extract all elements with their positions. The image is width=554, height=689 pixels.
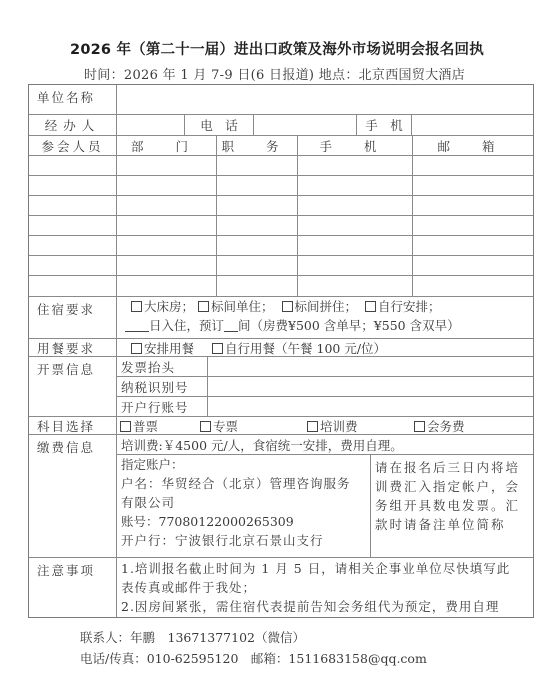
subject-options: 普票 专票 培训费 会务费 <box>116 417 533 434</box>
bank-account-label: 开户行账号 <box>117 397 207 416</box>
mobile-label: 手 机 <box>356 115 411 135</box>
notes-content: 1.培训报名截止时间为 1 月 5 日，请相关企事业单位尽快填写此 表传真或邮件… <box>116 558 533 617</box>
attendees-label: 参会人员 <box>29 136 116 155</box>
attendee-mobile-field[interactable] <box>297 176 412 195</box>
event-time-location: 时间：2026 年 1 月 7-9 日(6 日报道) 地点：北京西国贸大酒店 <box>84 64 465 83</box>
attendee-position-field[interactable] <box>216 256 297 275</box>
unit-name-row: 单位名称 <box>29 85 533 114</box>
account-line: 指定账户： <box>121 455 184 474</box>
mobile-field[interactable] <box>411 115 533 135</box>
instruction-line: 训费汇入指定帐户，会 <box>375 477 520 496</box>
unit-name-label: 单位名称 <box>29 85 116 114</box>
handler-row: 经办人 电 话 手 机 <box>29 114 533 135</box>
invoice-title-label: 发票抬头 <box>117 357 207 376</box>
accommodation-label: 住宿要求 <box>29 297 116 338</box>
room-count-blank[interactable] <box>224 319 238 332</box>
attendee-email-field[interactable] <box>412 256 533 275</box>
attendee-name-field[interactable] <box>29 216 116 235</box>
invoice-label: 开票信息 <box>29 357 116 416</box>
payment-details: 培训费:￥4500 元/人，食宿统一安排，费用自理。 指定账户： 户名：华贸经合… <box>116 435 533 557</box>
attendee-department-field[interactable] <box>116 276 216 296</box>
attendee-name-field[interactable] <box>29 156 116 175</box>
attendee-department-field[interactable] <box>116 236 216 255</box>
attendee-email-field[interactable] <box>412 196 533 215</box>
attendee-mobile-field[interactable] <box>297 156 412 175</box>
accommodation-option-single[interactable]: 标间单住； <box>198 299 274 314</box>
meal-option-self[interactable]: 自行用餐（午餐 100 元/位） <box>212 339 386 357</box>
room-price-text: 间（房费¥500 含单早；¥550 含双早） <box>238 318 460 333</box>
invoice-row: 开票信息 发票抬头 纳税识别号 开户行账号 <box>29 356 533 416</box>
attendee-mobile-field[interactable] <box>297 276 412 296</box>
instruction-line: 请在报名后三日内将培 <box>375 458 520 477</box>
bank-account-field[interactable] <box>207 397 533 416</box>
attendee-mobile-field[interactable] <box>297 256 412 275</box>
accommodation-option-self[interactable]: 自行安排； <box>365 299 441 314</box>
meal-option-arranged[interactable]: 安排用餐 <box>131 339 194 357</box>
checkbox-icon[interactable] <box>282 301 293 312</box>
attendee-header-row: 参会人员 部 门 职 务 手 机 邮 箱 <box>29 135 533 155</box>
attendee-row <box>29 215 533 235</box>
accommodation-option-king[interactable]: 大床房； <box>131 299 194 314</box>
checkbox-icon[interactable] <box>200 421 211 432</box>
attendee-email-field[interactable] <box>412 176 533 195</box>
payment-row: 缴费信息 培训费:￥4500 元/人，食宿统一安排，费用自理。 指定账户： 户名… <box>29 434 533 557</box>
account-line: 有限公司 <box>121 493 175 512</box>
col-position: 职 务 <box>216 136 297 155</box>
contact-phone-email: 电话/传真：010-62595120 邮箱：1511683158@qq.com <box>80 649 427 667</box>
bank-account-row: 开户行账号 <box>117 396 533 416</box>
attendee-position-field[interactable] <box>216 236 297 255</box>
attendee-department-field[interactable] <box>116 156 216 175</box>
subject-option-special-invoice[interactable]: 专票 <box>200 417 307 435</box>
tax-id-label: 纳税识别号 <box>117 377 207 396</box>
subject-row: 科目选择 普票 专票 培训费 会务费 <box>29 416 533 434</box>
note-line: 2.因房间紧张，需住宿代表提前告知会务组代为预定，费用自理 <box>121 597 499 616</box>
payment-instructions: 请在报名后三日内将培 训费汇入指定帐户，会 务组开具数电发票。汇 款时请备注单位… <box>370 455 533 557</box>
attendee-position-field[interactable] <box>216 276 297 296</box>
invoice-fields: 发票抬头 纳税识别号 开户行账号 <box>116 357 533 416</box>
attendee-email-field[interactable] <box>412 216 533 235</box>
attendee-name-field[interactable] <box>29 176 116 195</box>
subject-label: 科目选择 <box>29 417 116 434</box>
col-email: 邮 箱 <box>412 136 533 155</box>
note-line: 1.培训报名截止时间为 1 月 5 日，请相关企事业单位尽快填写此 <box>121 559 510 578</box>
meals-label: 用餐要求 <box>29 339 116 356</box>
attendee-row <box>29 175 533 195</box>
accommodation-options: 大床房； 标间单住； 标间拼住； 自行安排； 日入住，预订间（房费¥500 含单… <box>116 297 533 338</box>
attendee-mobile-field[interactable] <box>297 216 412 235</box>
handler-label: 经办人 <box>29 115 116 135</box>
checkin-date-blank[interactable] <box>125 319 149 332</box>
instruction-line: 务组开具数电发票。汇 <box>375 496 520 515</box>
attendee-row <box>29 155 533 175</box>
attendee-position-field[interactable] <box>216 156 297 175</box>
attendee-row <box>29 255 533 275</box>
tax-id-field[interactable] <box>207 377 533 396</box>
checkbox-icon[interactable] <box>131 343 142 354</box>
contact-person: 联系人：年鹏 13671377102（微信） <box>80 628 305 646</box>
attendee-name-field[interactable] <box>29 256 116 275</box>
attendee-department-field[interactable] <box>116 216 216 235</box>
attendee-mobile-field[interactable] <box>297 196 412 215</box>
checkbox-icon[interactable] <box>414 421 425 432</box>
document-title: 2026 年（第二十一届）进出口政策及海外市场说明会报名回执 <box>0 38 554 59</box>
unit-name-field[interactable] <box>116 85 533 114</box>
attendee-row <box>29 275 533 296</box>
accommodation-option-shared[interactable]: 标间拼住； <box>282 299 358 314</box>
attendee-department-field[interactable] <box>116 176 216 195</box>
account-line: 户名：华贸经合（北京）管理咨询服务 <box>121 474 351 493</box>
attendee-name-field[interactable] <box>29 196 116 215</box>
fee-line-row: 培训费:￥4500 元/人，食宿统一安排，费用自理。 <box>117 435 533 454</box>
notes-label: 注意事项 <box>29 558 116 617</box>
attendee-position-field[interactable] <box>216 196 297 215</box>
account-row: 指定账户： 户名：华贸经合（北京）管理咨询服务 有限公司 账号：77080122… <box>117 454 533 557</box>
attendee-department-field[interactable] <box>116 256 216 275</box>
accommodation-row: 住宿要求 大床房； 标间单住； 标间拼住； 自行安排； 日入住，预订间（房费¥5… <box>29 296 533 338</box>
handler-name-field[interactable] <box>116 115 184 135</box>
attendee-mobile-field[interactable] <box>297 236 412 255</box>
checkin-suffix: 日入住，预订 <box>149 318 224 333</box>
attendee-position-field[interactable] <box>216 176 297 195</box>
col-department: 部 门 <box>116 136 216 155</box>
meals-options: 安排用餐 自行用餐（午餐 100 元/位） <box>116 339 533 356</box>
subject-option-training-fee[interactable]: 培训费 <box>307 417 414 435</box>
attendee-row <box>29 195 533 215</box>
attendee-email-field[interactable] <box>412 236 533 255</box>
attendee-department-field[interactable] <box>116 196 216 215</box>
attendee-email-field[interactable] <box>412 276 533 296</box>
checkbox-icon[interactable] <box>131 301 142 312</box>
subject-option-conference-fee[interactable]: 会务费 <box>414 417 465 435</box>
attendee-name-field[interactable] <box>29 236 116 255</box>
invoice-title-row: 发票抬头 <box>117 357 533 376</box>
checkbox-icon[interactable] <box>198 301 209 312</box>
checkbox-icon[interactable] <box>212 343 223 354</box>
attendee-position-field[interactable] <box>216 216 297 235</box>
notes-row: 注意事项 1.培训报名截止时间为 1 月 5 日，请相关企事业单位尽快填写此 表… <box>29 557 533 617</box>
col-mobile: 手 机 <box>297 136 412 155</box>
account-number: 账号：77080122000265309 <box>121 512 294 531</box>
attendee-name-field[interactable] <box>29 276 116 296</box>
invoice-title-field[interactable] <box>207 357 533 376</box>
checkbox-icon[interactable] <box>307 421 318 432</box>
fee-line: 培训费:￥4500 元/人，食宿统一安排，费用自理。 <box>117 435 533 454</box>
meals-row: 用餐要求 安排用餐 自行用餐（午餐 100 元/位） <box>29 338 533 356</box>
designated-account: 指定账户： 户名：华贸经合（北京）管理咨询服务 有限公司 账号：77080122… <box>117 455 370 557</box>
phone-field[interactable] <box>253 115 356 135</box>
tax-id-row: 纳税识别号 <box>117 376 533 396</box>
account-bank: 开户行：宁波银行北京石景山支行 <box>121 531 324 550</box>
payment-label: 缴费信息 <box>29 435 116 557</box>
instruction-line: 款时请备注单位简称 <box>375 515 506 534</box>
subject-option-normal-invoice[interactable]: 普票 <box>120 417 200 435</box>
attendee-row <box>29 235 533 255</box>
phone-label: 电 话 <box>184 115 253 135</box>
checkbox-icon[interactable] <box>365 301 376 312</box>
attendee-email-field[interactable] <box>412 156 533 175</box>
registration-form: 单位名称 经办人 电 话 手 机 参会人员 部 门 职 务 手 机 邮 箱 <box>28 84 534 618</box>
checkbox-icon[interactable] <box>120 421 131 432</box>
note-line: 表传真或邮件于我处； <box>121 578 256 597</box>
